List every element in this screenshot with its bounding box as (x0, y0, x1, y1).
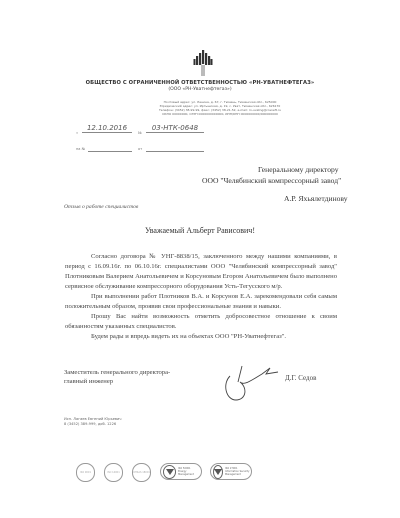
company-full-name: ОБЩЕСТВО С ОГРАНИЧЕННОЙ ОТВЕТСТВЕННОСТЬЮ… (0, 80, 400, 86)
certification-text: ISO 50001 Energy Management (178, 467, 201, 476)
certification-badge: OHSAS 18001 (132, 463, 151, 482)
signatory-name: Д.Г. Седов (285, 374, 316, 382)
certification-shield-icon (163, 465, 176, 479)
signatory-title-line: главный инженер (64, 377, 170, 386)
certification-text: ISO 27001 Information Security Managemen… (225, 467, 251, 476)
ref-from-prefix: от (138, 147, 142, 151)
company-address: Почтовый адрес: ул. Ленина, д. 67, г. Тю… (120, 100, 320, 116)
recipient-company: ООО "Челябинский компрессорный завод" (202, 176, 341, 185)
body-paragraph: Прошу Вас найти возможность отметить доб… (65, 312, 337, 332)
letter-subject: Отзыв о работе специалистов (64, 204, 138, 210)
signatory-title-line: Заместитель генерального директора- (64, 368, 170, 377)
certification-label: ISO 14001 (107, 471, 119, 474)
body-paragraph: Согласно договора № УНГ-8838/15, заключе… (65, 252, 337, 292)
executor-info: Исп. Лагаев Евгений Юрьевич 8 (3452) 389… (64, 417, 121, 427)
registration-date: 12.10.2016 (82, 124, 132, 133)
handwritten-signature-icon (222, 362, 282, 404)
signatory-title: Заместитель генерального директора- глав… (64, 368, 170, 386)
company-short-name: (ООО «РН-Уватнефтегаз») (0, 87, 400, 92)
certification-desc: Energy Management (178, 470, 201, 476)
certification-badge: ISO 27001 Information Security Managemen… (210, 463, 252, 480)
registration-number: 03-НТК-0648 (146, 124, 204, 133)
certification-badge: ISO 9001 (76, 463, 95, 482)
ref-prefix: на № (76, 147, 85, 151)
ref-number-line (88, 151, 132, 152)
executor-phone: 8 (3452) 389-999, доб. 1226 (64, 422, 121, 427)
number-prefix: № (138, 131, 142, 135)
certification-badge: ISO 14001 (104, 463, 123, 482)
body-paragraph: Будем рады и впредь видеть их на объекта… (65, 332, 337, 342)
certification-label: OHSAS 18001 (133, 471, 150, 474)
letter-greeting: Уважаемый Альберт Рависович! (0, 226, 400, 235)
ref-date-line (146, 151, 204, 152)
date-prefix: « (76, 131, 78, 135)
certification-label: ISO 9001 (80, 471, 91, 474)
letter-body: Согласно договора № УНГ-8838/15, заключе… (65, 252, 337, 342)
certification-desc: Information Security Management (225, 470, 251, 476)
body-paragraph: При выполнении работ Плотников В.А. и Ко… (65, 292, 337, 312)
certification-shield-icon (213, 465, 223, 479)
certification-badge: ISO 50001 Energy Management (160, 463, 202, 480)
address-line: ОКПО 00000000, ОГРН 0000000000000, ИНН/К… (120, 112, 320, 116)
rosneft-logo-icon (193, 50, 213, 76)
recipient-title: Генеральному директору (258, 165, 339, 174)
recipient-name: А.Р. Яхьялетдинову (284, 194, 348, 203)
